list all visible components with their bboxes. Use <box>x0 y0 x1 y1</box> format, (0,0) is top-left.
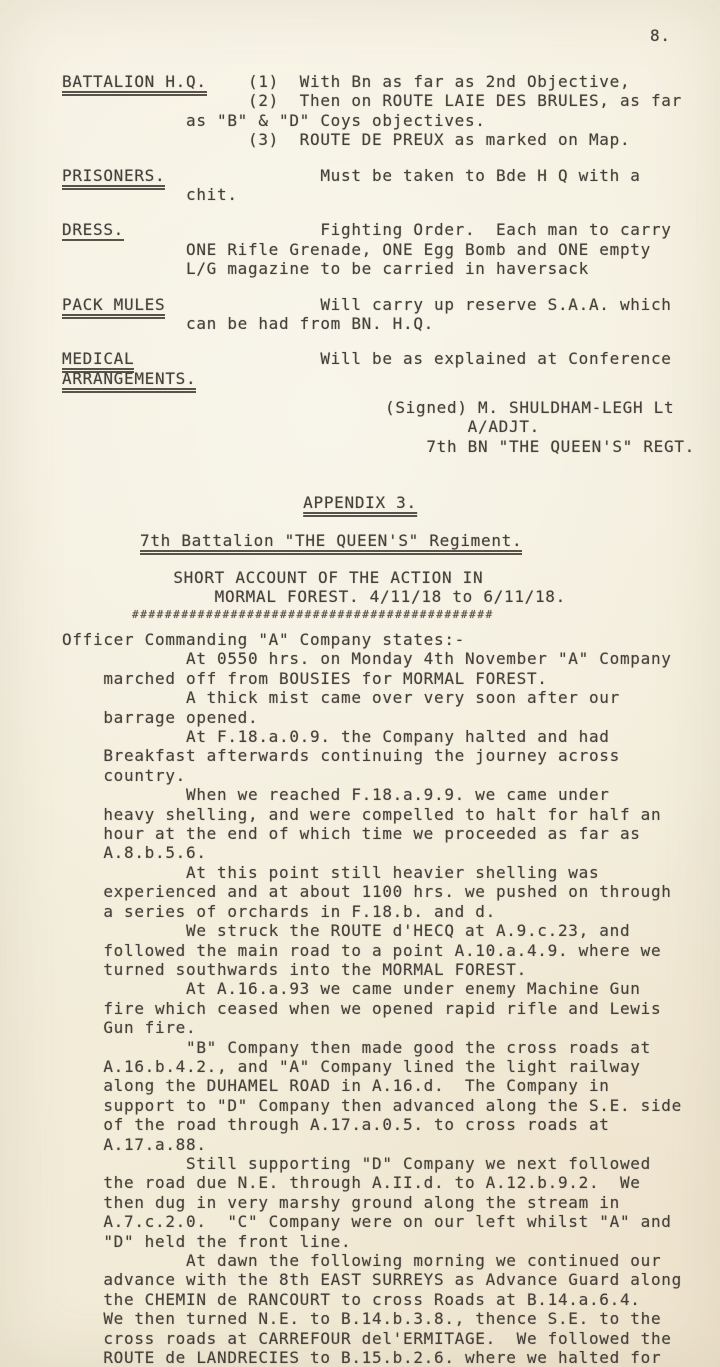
order-section: BATTALION H.Q. (1) With Bn as far as 2nd… <box>62 72 710 150</box>
orders-sections: BATTALION H.Q. (1) With Bn as far as 2nd… <box>62 72 710 385</box>
hash-divider: ########################################… <box>132 607 566 623</box>
appendix-title: APPENDIX 3. <box>303 493 417 512</box>
appendix-subtitle-text: 7th Battalion "THE QUEEN'S" Regiment. <box>140 531 522 555</box>
section-label: BATTALION H.Q. <box>62 72 207 91</box>
account-heading: SHORT ACCOUNT OF THE ACTION IN MORMAL FO… <box>132 568 566 623</box>
section-body-text: Fighting Order. Each man to carry ONE Ri… <box>62 220 710 278</box>
section-label: DRESS. <box>62 220 124 239</box>
order-section: PRISONERS. Must be taken to Bde H Q with… <box>62 166 710 205</box>
appendix-title-text: APPENDIX 3. <box>303 493 417 517</box>
signature-block: (Signed) M. SHULDHAM-LEGH Lt A/ADJT. 7th… <box>385 398 695 456</box>
section-label: PRISONERS. <box>62 166 165 185</box>
order-section: MEDICALARRANGEMENTS. Will be as explaine… <box>62 349 710 368</box>
page-number: 8. <box>650 26 671 45</box>
appendix-subtitle: 7th Battalion "THE QUEEN'S" Regiment. <box>140 531 522 550</box>
section-label: MEDICALARRANGEMENTS. <box>62 349 196 388</box>
section-label: PACK MULES <box>62 295 165 314</box>
section-label-text: PACK MULES <box>62 295 165 319</box>
account-heading-text: SHORT ACCOUNT OF THE ACTION IN MORMAL FO… <box>132 568 566 607</box>
section-label-text: DRESS. <box>62 220 124 241</box>
document-page: 8. BATTALION H.Q. (1) With Bn as far as … <box>0 0 720 1367</box>
order-section: DRESS. Fighting Order. Each man to carry… <box>62 220 710 278</box>
section-label-text: BATTALION H.Q. <box>62 72 207 96</box>
order-section: PACK MULES Will carry up reserve S.A.A. … <box>62 295 710 334</box>
section-label-text: PRISONERS. <box>62 166 165 190</box>
section-label-text: ARRANGEMENTS. <box>62 369 196 393</box>
narrative-text: Officer Commanding "A" Company states:- … <box>62 630 714 1367</box>
